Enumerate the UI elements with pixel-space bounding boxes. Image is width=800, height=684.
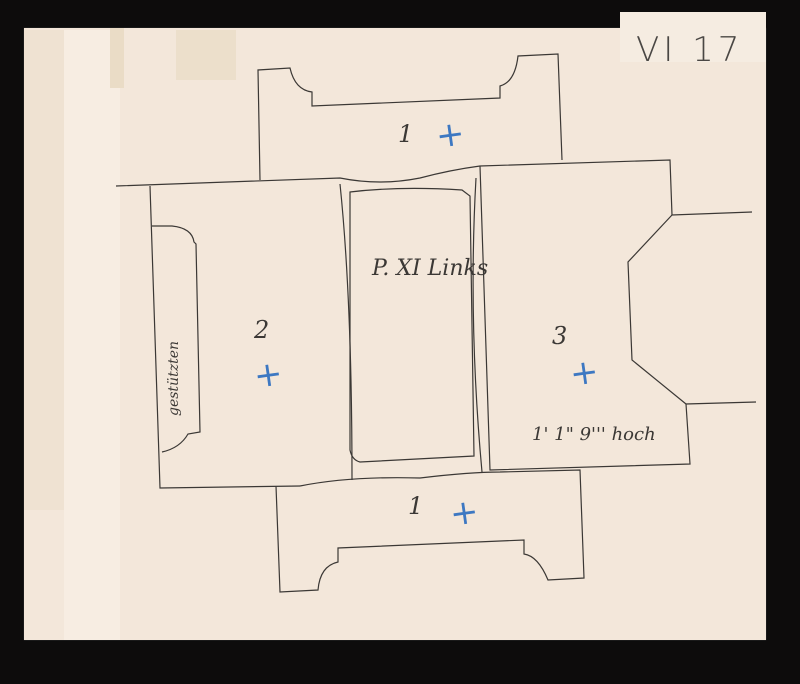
blue-cross-marker-right: + — [568, 354, 601, 392]
panel-number-bottom: 1 — [408, 492, 423, 520]
blue-cross-marker-top: + — [434, 116, 467, 154]
top-panel-outline — [258, 54, 562, 180]
right-niche-outline — [628, 215, 686, 404]
frame-top-line — [116, 160, 752, 215]
panel-number-right: 3 — [552, 322, 567, 350]
measurement-annotation: 1' 1" 9''' hoch — [532, 424, 656, 445]
blue-cross-marker-left: + — [252, 356, 285, 394]
sheet-id-label: VI 17 — [636, 30, 743, 70]
left-recess-outline — [152, 226, 200, 452]
bottom-panel-outline — [276, 470, 584, 592]
panel-number-left: 2 — [254, 316, 269, 344]
center-panel-outline — [350, 188, 474, 462]
blue-cross-marker-bottom: + — [448, 494, 481, 532]
pencil-drawing — [0, 0, 800, 684]
drawing-title: P. XI Links — [372, 256, 488, 281]
panel-number-top: 1 — [398, 120, 413, 148]
frame-left-line — [150, 186, 300, 488]
right-gap-line — [473, 178, 482, 472]
left-vertical-annotation: gestützten — [166, 341, 182, 416]
